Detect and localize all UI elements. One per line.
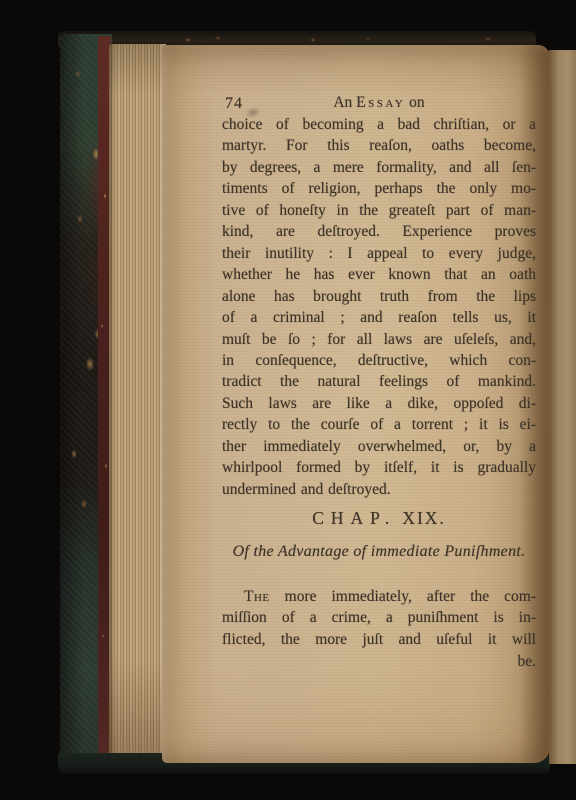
gutter-adjacent-page [549,50,576,764]
chapter-heading: CHAP.XIX. [222,508,536,529]
body-line: tradict the natural feelings of mankind. [222,371,536,392]
paragraph-line: The more immediately, after the com- [222,586,536,607]
paragraph-line-rest: more immediately, after the com- [270,588,536,605]
body-line: whirlpool formed by itſelf, it is gradua… [222,457,536,478]
body-line: muſt be ſo ; for all laws are uſeleſs, a… [222,329,536,350]
running-header-title: Essay [356,94,405,111]
running-header-word: An [333,94,352,111]
catchword: be. [517,653,536,670]
body-line: alone has brought truth from the lips [222,286,536,307]
body-line: in conſequence, deſtructive, which con- [222,350,536,371]
body-line: Such laws are like a dike, oppoſed di- [222,393,536,414]
chapter-paragraph: The more immediately, after the com- miſ… [222,586,536,673]
body-line: choice of becoming a bad chriſtian, or a [222,114,536,135]
body-line: ther immediately overwhelmed, or, by a [222,436,536,457]
body-text: choice of becoming a bad chriſtian, or a… [222,114,536,500]
chapter-subtitle: Of the Advantage of immediate Puniſhment… [210,543,548,561]
book-photograph: 74 An Essay on choice of becoming a bad … [0,0,576,800]
chapter-heading-label: CHAP. [312,508,396,528]
book-page: 74 An Essay on choice of becoming a bad … [162,45,550,763]
body-line: kind, are deſtroyed. Experience proves [222,221,536,242]
body-line: their inutility : I appeal to every judg… [222,243,536,264]
chapter-heading-number: XIX. [402,508,445,528]
running-header: An Essay on [222,94,536,112]
body-line: martyr. For this reaſon, oaths become, [222,135,536,156]
body-line: timents of religion, perhaps the only mo… [222,178,536,199]
body-line: rectly to the courſe of a torrent ; it i… [222,414,536,435]
paragraph-line: miſſion of a crime, a puniſhment is in- [222,607,536,628]
paragraph-lead-word: The [244,588,270,605]
running-header-word: on [409,94,425,111]
body-line: tive of honeſty in the greateſt part of … [222,200,536,221]
body-line: by degrees, a mere formality, and all ſe… [222,157,536,178]
page-stack-fore-edge [109,44,166,760]
body-line: whether he has ever known that an oath [222,264,536,285]
catchword-line: be. [222,651,536,672]
paragraph-line: flicted, the more juſt and uſeful it wil… [222,629,536,650]
body-line: of a criminal ; and reaſon tells us, it [222,307,536,328]
body-line: undermined and deſtroyed. [222,479,536,500]
